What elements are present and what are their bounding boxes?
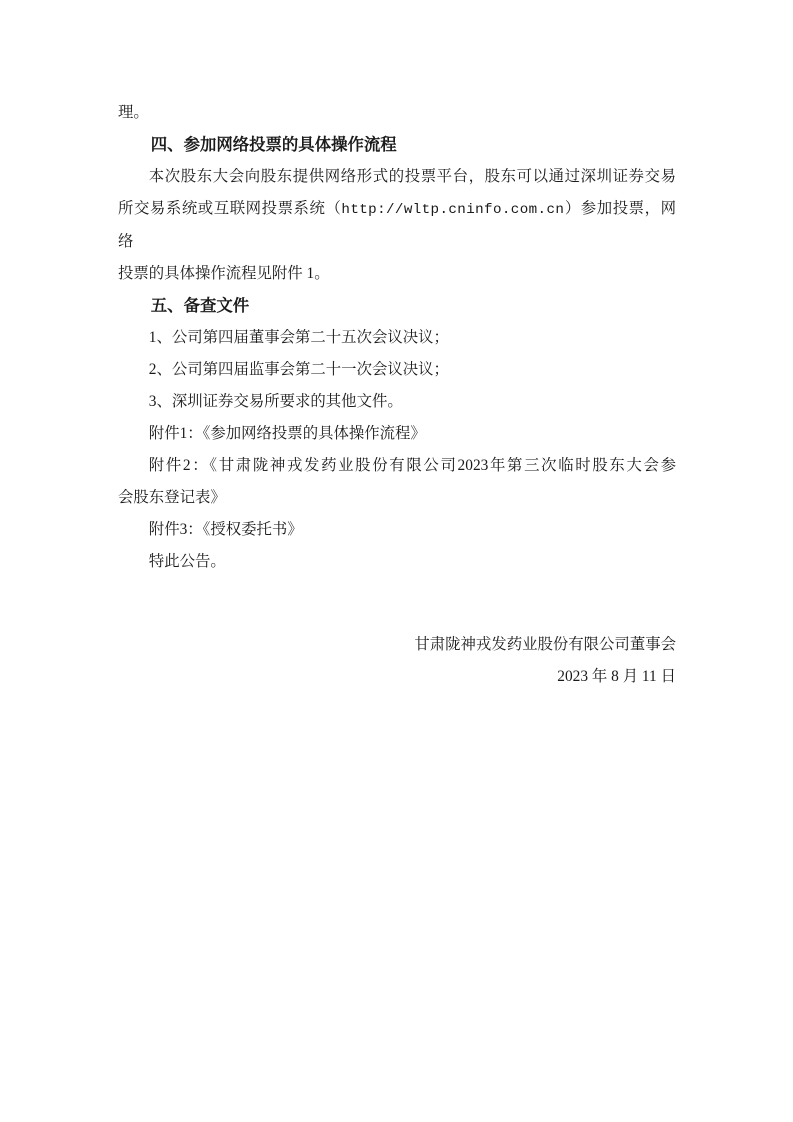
section-5-heading: 五、备查文件 [118,290,676,322]
attachment-1: 附件1：《参加网络投票的具体操作流程》 [118,418,676,450]
signature-date: 2023 年 8 月 11 日 [118,661,676,693]
backup-document-item-1: 1、公司第四届董事会第二十五次会议决议； [118,322,676,354]
closing-statement: 特此公告。 [118,546,676,578]
document-body: 理。 四、参加网络投票的具体操作流程 本次股东大会向股东提供网络形式的投票平台，… [118,97,676,693]
signature-company: 甘肃陇神戎发药业股份有限公司董事会 [118,629,676,661]
signature-block: 甘肃陇神戎发药业股份有限公司董事会 2023 年 8 月 11 日 [118,629,676,693]
paragraph-text-before-url: 所交易系统或互联网投票系统（ [118,200,341,217]
attachment-3: 附件3：《授权委托书》 [118,514,676,546]
section-4-heading: 四、参加网络投票的具体操作流程 [118,129,676,161]
paragraph-continuation: 理。 [118,97,676,129]
section-4-paragraph-line-3: 投票的具体操作流程见附件 1。 [118,258,676,290]
backup-document-item-3: 3、深圳证券交易所要求的其他文件。 [118,386,676,418]
document-page: 理。 四、参加网络投票的具体操作流程 本次股东大会向股东提供网络形式的投票平台，… [0,0,793,1122]
voting-platform-url: http://wltp.cninfo.com.cn [341,202,564,218]
section-4-paragraph-line-2: 所交易系统或互联网投票系统（http://wltp.cninfo.com.cn）… [118,193,676,258]
section-4-paragraph-line-1: 本次股东大会向股东提供网络形式的投票平台，股东可以通过深圳证券交易 [118,161,676,193]
attachment-2-line-1: 附件2：《甘肃陇神戎发药业股份有限公司2023年第三次临时股东大会参 [118,450,676,482]
backup-document-item-2: 2、公司第四届监事会第二十一次会议决议； [118,354,676,386]
attachment-2-line-2: 会股东登记表》 [118,482,676,514]
